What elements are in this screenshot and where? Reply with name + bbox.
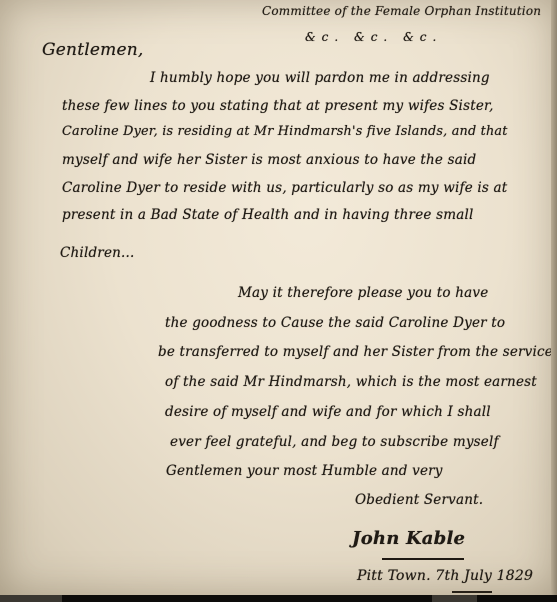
signature-underline xyxy=(382,558,464,560)
closing: Obedient Servant. xyxy=(355,492,483,508)
paragraph1-line-7: Children... xyxy=(60,245,135,261)
paragraph2-line-4: of the said Mr Hindmarsh, which is the m… xyxy=(165,374,537,390)
paragraph1-line-6: present in a Bad State of Health and in … xyxy=(62,207,474,223)
paragraph1-line-2: these few lines to you stating that at p… xyxy=(62,98,494,114)
place-date: Pitt Town. 7th July 1829 xyxy=(357,568,533,584)
paragraph1-line-5: Caroline Dyer to reside with us, particu… xyxy=(62,180,507,196)
frame-segment xyxy=(0,595,62,602)
bottom-frame xyxy=(0,595,557,602)
paragraph2-line-3: be transferred to myself and her Sister … xyxy=(158,344,553,360)
salutation: Gentlemen, xyxy=(42,40,143,60)
signature: John Kable xyxy=(352,528,465,549)
paragraph2-line-2: the goodness to Cause the said Caroline … xyxy=(165,315,505,331)
paragraph1-line-1: I humbly hope you will pardon me in addr… xyxy=(150,70,490,86)
date-underline xyxy=(452,591,492,593)
addressee-line: Committee of the Female Orphan Instituti… xyxy=(262,4,541,18)
paragraph2-line-1: May it therefore please you to have xyxy=(238,285,488,301)
paragraph2-line-5: desire of myself and wife and for which … xyxy=(165,404,491,420)
paragraph2-line-7: Gentlemen your most Humble and very xyxy=(166,463,443,479)
paragraph1-line-3: Caroline Dyer, is residing at Mr Hindmar… xyxy=(62,124,508,139)
sub-address-line: &c. &c. &c. xyxy=(305,30,442,44)
paragraph2-line-6: ever feel grateful, and beg to subscribe… xyxy=(170,434,499,450)
paragraph1-line-4: myself and wife her Sister is most anxio… xyxy=(62,152,476,168)
letter-page: Committee of the Female Orphan Instituti… xyxy=(0,0,557,595)
page-edge xyxy=(551,0,557,595)
frame-segment xyxy=(432,595,477,602)
